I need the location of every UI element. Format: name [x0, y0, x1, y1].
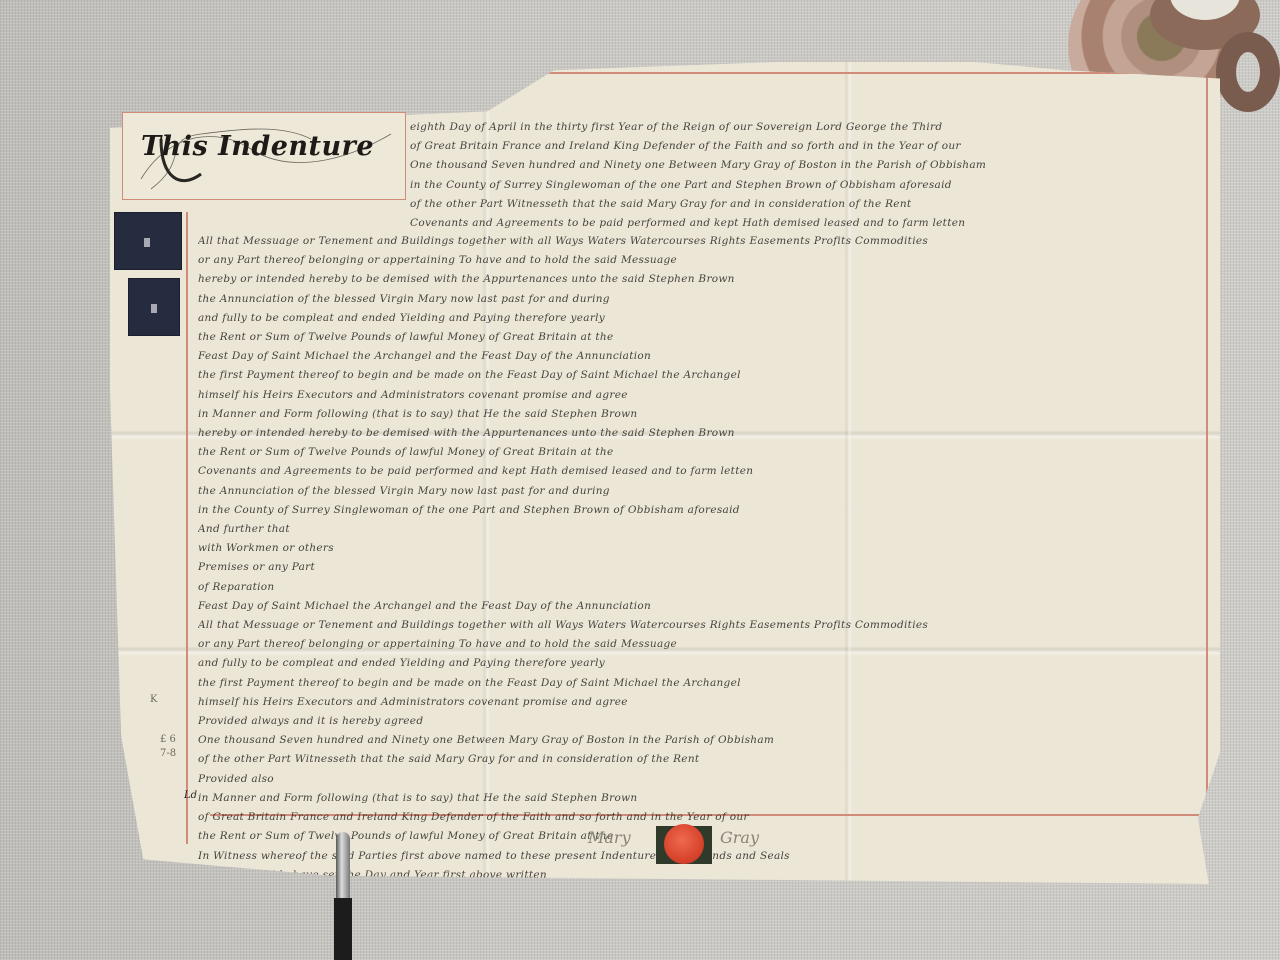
text-line: All that Messuage or Tenement and Buildi… [198, 616, 1200, 635]
text-line: And further that [198, 520, 1200, 539]
duty-stamp [114, 212, 182, 270]
text-line: in Manner and Form following (that is to… [198, 789, 1200, 808]
text-line: Covenants and Agreements to be paid perf… [198, 462, 1200, 481]
text-line: All that Messuage or Tenement and Buildi… [198, 232, 1200, 251]
signature-first-name: Mary [588, 828, 631, 847]
text-line: the Rent or Sum of Twelve Pounds of lawf… [198, 443, 1200, 462]
text-line: hereby or intended hereby to be demised … [198, 270, 1200, 289]
text-line: the first Payment thereof to begin and b… [198, 366, 1200, 385]
margin-note: 7-8 [160, 748, 176, 759]
text-line: One thousand Seven hundred and Ninety on… [410, 156, 1200, 175]
text-line: the Rent or Sum of Twelve Pounds of lawf… [198, 328, 1200, 347]
document-body-text: All that Messuage or Tenement and Buildi… [198, 232, 1200, 885]
indenture-heading-box: This Indenture [122, 112, 406, 200]
text-line: hereby or intended hereby to be demised … [198, 424, 1200, 443]
indenture-heading: This Indenture [141, 131, 374, 162]
text-line: Feast Day of Saint Michael the Archangel… [198, 347, 1200, 366]
text-line: of Great Britain France and Ireland King… [198, 808, 1200, 827]
margin-rule-top [490, 72, 1212, 74]
text-line: eighth Day of April in the thirty first … [410, 118, 1200, 137]
text-line: of Reparation [198, 578, 1200, 597]
candlestick-handle [1216, 32, 1280, 112]
text-line: with Workmen or others [198, 539, 1200, 558]
duty-stamp [128, 278, 180, 336]
text-line: and fully to be compleat and ended Yield… [198, 309, 1200, 328]
margin-note: Ld [184, 790, 197, 801]
text-line: in the County of Surrey Singlewoman of t… [198, 501, 1200, 520]
margin-rule-left [186, 212, 188, 844]
text-line: of the other Part Witnesseth that the sa… [410, 195, 1200, 214]
text-line: and fully to be compleat and ended Yield… [198, 654, 1200, 673]
text-line: in the County of Surrey Singlewoman of t… [410, 176, 1200, 195]
text-line: of Great Britain France and Ireland King… [410, 137, 1200, 156]
pen-grip [334, 898, 352, 960]
signature-last-name: Gray [720, 828, 759, 847]
text-line: in Manner and Form following (that is to… [198, 405, 1200, 424]
text-line: or any Part thereof belonging or apperta… [198, 251, 1200, 270]
margin-note: £ 6 [160, 734, 176, 745]
text-line: himself his Heirs Executors and Administ… [198, 693, 1200, 712]
text-line: Provided always and it is hereby agreed [198, 712, 1200, 731]
text-line: Provided also [198, 770, 1200, 789]
text-line: One thousand Seven hundred and Ninety on… [198, 731, 1200, 750]
text-line: the Annunciation of the blessed Virgin M… [198, 482, 1200, 501]
margin-rule-right [1206, 72, 1208, 814]
text-line: the Annunciation of the blessed Virgin M… [198, 290, 1200, 309]
text-line: of the other Part Witnesseth that the sa… [198, 750, 1200, 769]
wax-seal [664, 824, 704, 864]
text-line: Covenants and Agreements to be paid perf… [410, 214, 1200, 233]
margin-note: K [150, 694, 157, 705]
text-line: Feast Day of Saint Michael the Archangel… [198, 597, 1200, 616]
text-line: Premises or any Part [198, 558, 1200, 577]
text-line: or any Part thereof belonging or apperta… [198, 635, 1200, 654]
document-body-text: eighth Day of April in the thirty first … [410, 118, 1200, 233]
text-line: the first Payment thereof to begin and b… [198, 674, 1200, 693]
text-line: himself his Heirs Executors and Administ… [198, 386, 1200, 405]
